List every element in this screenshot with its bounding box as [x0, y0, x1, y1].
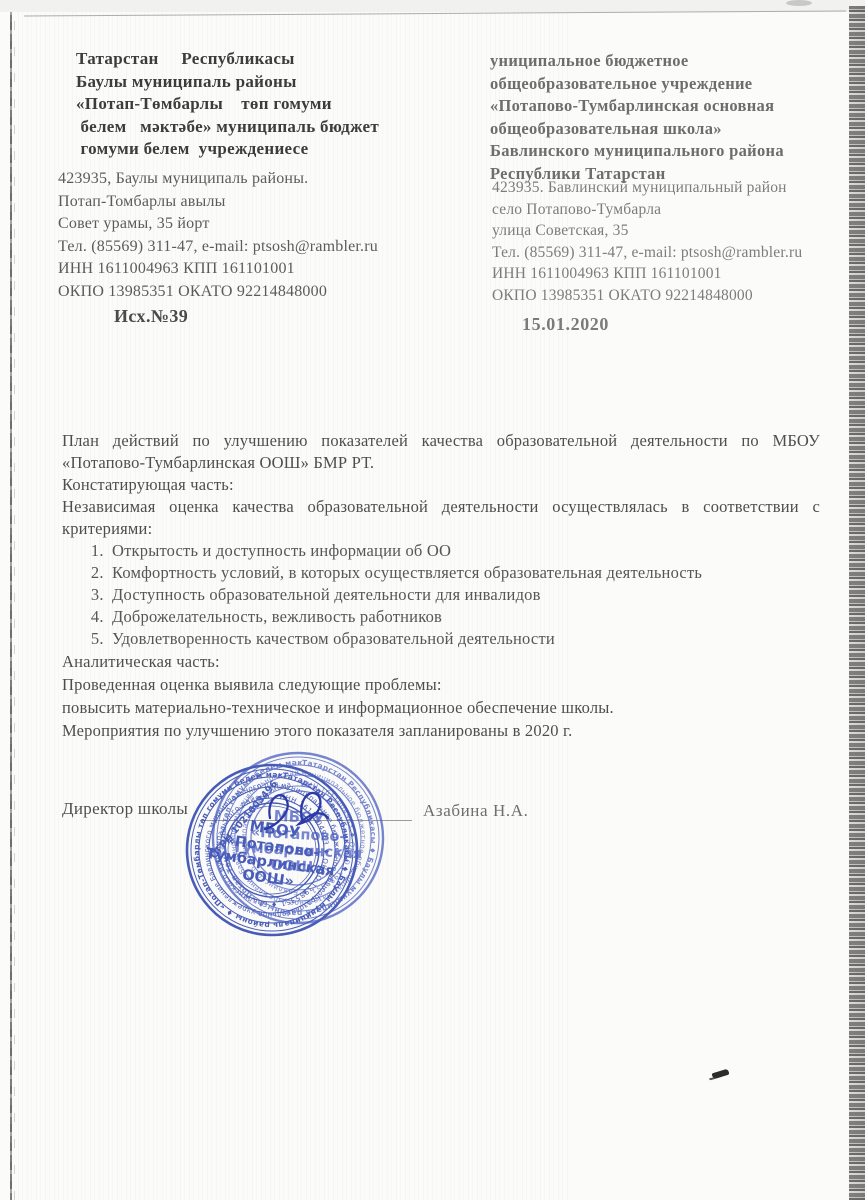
section-analytic: Аналитическая часть: Проведенная оценка …	[62, 650, 820, 742]
address-line: ИНН 1611004963 КПП 161101001	[492, 263, 857, 285]
address-line: Тел. (85569) 311-47, e-mail: ptsosh@ramb…	[492, 242, 857, 264]
stamp-svg: Татарстан Республикасы ♦ Баулы муниципал…	[162, 746, 482, 966]
scanned-document-page: Татарстан Республикасы Баулы муниципаль …	[0, 0, 865, 1200]
letterhead-left-line: белем мәктәбе» муниципаль бюджет	[76, 116, 476, 139]
scan-top-blob	[786, 0, 812, 6]
section-analytic-title: Аналитическая часть:	[62, 650, 820, 673]
letterhead-right-address: 423935. Бавлинский муниципальный район с…	[492, 177, 857, 306]
criteria-item-text: Доброжелательность, вежливость работнико…	[112, 607, 442, 626]
address-line: улица Советская, 35	[492, 220, 857, 242]
scan-ink-speck	[711, 1069, 729, 1080]
letterhead-left-line: гомуми белем учреждениесе	[76, 138, 476, 161]
criteria-item-text: Комфортность условий, в которых осуществ…	[112, 563, 702, 582]
letterhead-left-line: Баулы муниципаль районы	[76, 71, 476, 94]
letterhead-left-header: Татарстан Республикасы Баулы муниципаль …	[76, 48, 476, 161]
address-line: 423935. Бавлинский муниципальный район	[492, 177, 857, 199]
address-line: ОКПО 13985351 ОКАТО 92214848000	[492, 285, 857, 307]
letterhead-left-line: Татарстан Республикасы	[76, 48, 476, 71]
outgoing-number: Исх.№39	[114, 306, 188, 327]
letterhead-right-line: «Потапово-Тумбарлинская основная	[490, 95, 855, 118]
analytic-line: Мероприятия по улучшению этого показател…	[62, 719, 820, 742]
letterhead-left-address: 423935, Баулы муниципаль районы. Потап-Т…	[58, 168, 468, 303]
criteria-item: Комфортность условий, в которых осуществ…	[108, 562, 820, 584]
document-date: 15.01.2020	[522, 314, 609, 335]
letterhead-left-line: «Потап-Төмбарлы төп гомуми	[76, 93, 476, 116]
document-body: План действий по улучшению показателей к…	[62, 430, 820, 742]
letterhead-right-line: Бавлинского муниципального района	[490, 140, 855, 163]
address-line: Тел. (85569) 311-47, e-mail: ptsosh@ramb…	[58, 236, 468, 259]
criteria-item-text: Открытость и доступность информации об О…	[112, 541, 451, 560]
letterhead-right-header: униципальное бюджетное общеобразовательн…	[490, 50, 855, 185]
stamp-center-line: ООШ»	[270, 858, 323, 877]
scan-edge-left	[10, 12, 12, 1200]
letterhead-right-line: общеобразовательное учреждение	[490, 73, 855, 96]
criteria-item-text: Удовлетворенность качеством образователь…	[112, 629, 555, 648]
criteria-item: Доброжелательность, вежливость работнико…	[108, 606, 820, 628]
address-line: Совет урамы, 35 йорт	[58, 213, 468, 236]
address-line: ИНН 1611004963 КПП 161101001	[58, 258, 468, 281]
official-stamp: Татарстан Республикасы ♦ Баулы муниципал…	[162, 746, 482, 966]
criteria-item-text: Доступность образовательной деятельности…	[112, 585, 541, 604]
plan-title-paragraph: План действий по улучшению показателей к…	[62, 430, 820, 474]
analytic-line: повысить материально-техническое и инфор…	[62, 696, 820, 719]
section-stating-text: Независимая оценка качества образователь…	[62, 496, 820, 540]
criteria-item: Удовлетворенность качеством образователь…	[108, 628, 820, 650]
letterhead-right-line: общеобразовательная школа»	[490, 118, 855, 141]
address-line: ОКПО 13985351 ОКАТО 92214848000	[58, 281, 468, 304]
criteria-item: Открытость и доступность информации об О…	[108, 540, 820, 562]
letterhead-right-line: униципальное бюджетное	[490, 50, 855, 73]
section-stating-title: Констатирующая часть:	[62, 474, 820, 496]
analytic-line: Проведенная оценка выявила следующие про…	[62, 673, 820, 696]
address-line: село Потапово-Тумбарла	[492, 199, 857, 221]
address-line: Потап-Томбарлы авылы	[58, 191, 468, 214]
criteria-list: Открытость и доступность информации об О…	[62, 540, 820, 650]
address-line: 423935, Баулы муниципаль районы.	[58, 168, 468, 191]
criteria-item: Доступность образовательной деятельности…	[108, 584, 820, 606]
scan-edge-left-faint	[14, 12, 15, 1200]
